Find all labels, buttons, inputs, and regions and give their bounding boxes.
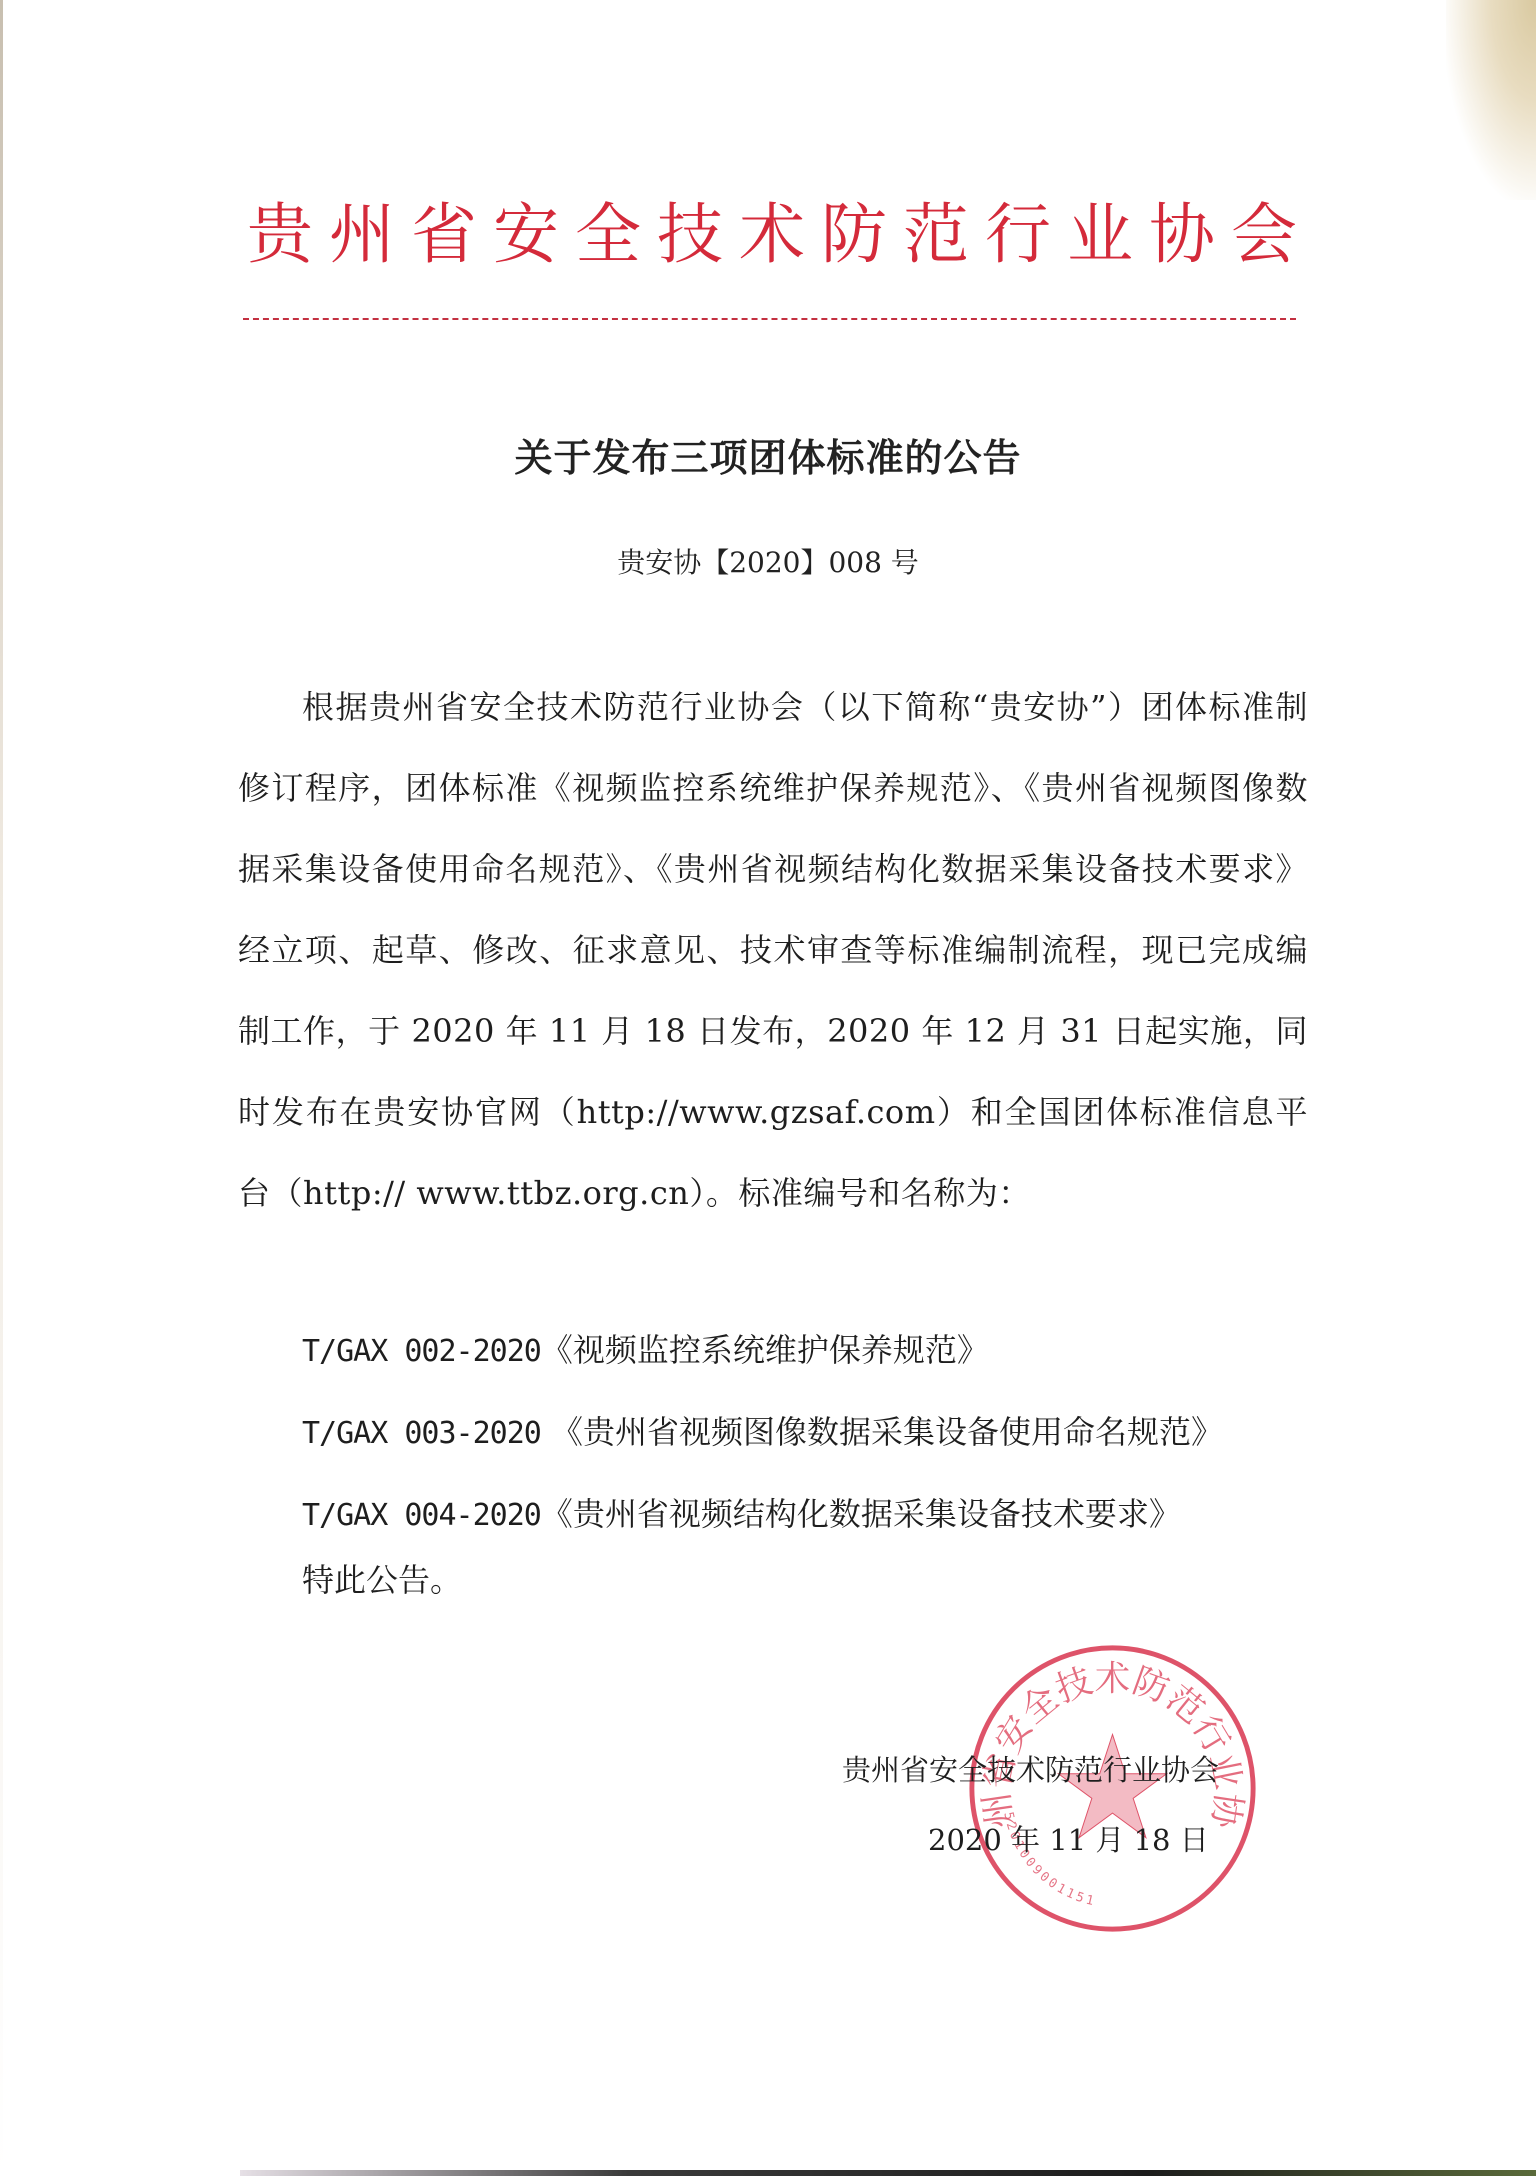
- body-paragraph: 根据贵州省安全技术防范行业协会（以下简称“贵安协”）团体标准制修订程序，团体标准…: [238, 667, 1308, 1234]
- letterhead-org-name: 贵州省安全技术防范行业协会: [240, 195, 1320, 275]
- document-title: 关于发布三项团体标准的公告: [400, 432, 1136, 484]
- signature-date: 2020 年 11 月 18 日: [928, 1820, 1209, 1860]
- standard-name: 《贵州省视频图像数据采集设备使用命名规范》: [541, 1413, 1223, 1451]
- standard-item: T/GAX 004-2020《贵州省视频结构化数据采集设备技术要求》: [302, 1474, 1342, 1556]
- standard-item: T/GAX 003-2020 《贵州省视频图像数据采集设备使用命名规范》: [302, 1392, 1342, 1474]
- standard-code: T/GAX 004-2020: [302, 1498, 541, 1533]
- letterhead-red-rule: [243, 318, 1296, 320]
- standard-code: T/GAX 003-2020: [302, 1416, 541, 1451]
- document-number: 贵安协【2020】008 号: [500, 543, 1036, 583]
- signature-org: 贵州省安全技术防范行业协会: [842, 1750, 1219, 1790]
- page-edge-left: [0, 0, 3, 2176]
- standard-item: T/GAX 002-2020《视频监控系统维护保养规范》: [302, 1310, 1342, 1392]
- standard-code: T/GAX 002-2020: [302, 1334, 541, 1369]
- standards-list: T/GAX 002-2020《视频监控系统维护保养规范》 T/GAX 003-2…: [302, 1310, 1342, 1556]
- page-bottom-edge: [240, 2170, 1536, 2176]
- page-edge-shadow: [1446, 0, 1536, 200]
- closing-text: 特此公告。: [302, 1545, 462, 1615]
- standard-name: 《视频监控系统维护保养规范》: [541, 1331, 989, 1369]
- standard-name: 《贵州省视频结构化数据采集设备技术要求》: [541, 1495, 1181, 1533]
